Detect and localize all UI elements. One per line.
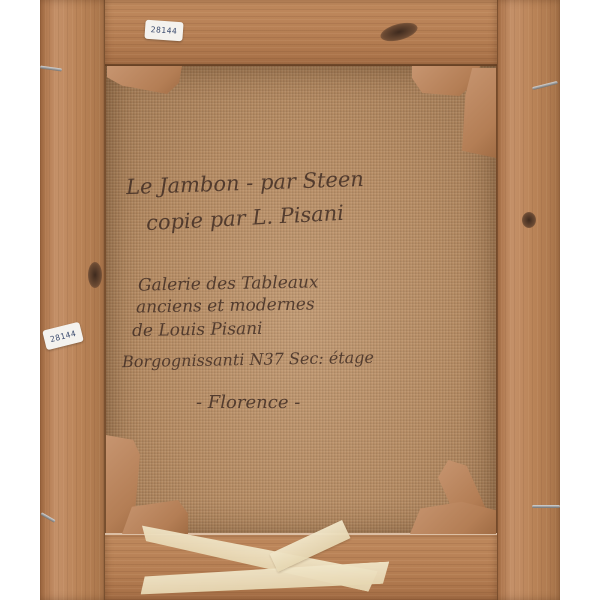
wood-knot-left <box>88 262 102 288</box>
nail-icon <box>532 505 560 508</box>
inventory-label-top: 28144 <box>144 20 183 42</box>
wood-knot-right <box>522 212 536 228</box>
inscription-owner-line: de Louis Pisani <box>132 319 263 341</box>
painting-back-photo: 28144 28144 Le Jambon - par Steen copie … <box>0 0 600 600</box>
inscription-gallery-line: Galerie des Tableaux <box>138 272 319 295</box>
stretcher-bar-left <box>40 0 106 600</box>
inscription-city-line: - Florence - <box>196 392 300 413</box>
stretcher-bar-right <box>496 0 560 600</box>
inscription-gallery-line-2: anciens et modernes <box>136 294 315 317</box>
